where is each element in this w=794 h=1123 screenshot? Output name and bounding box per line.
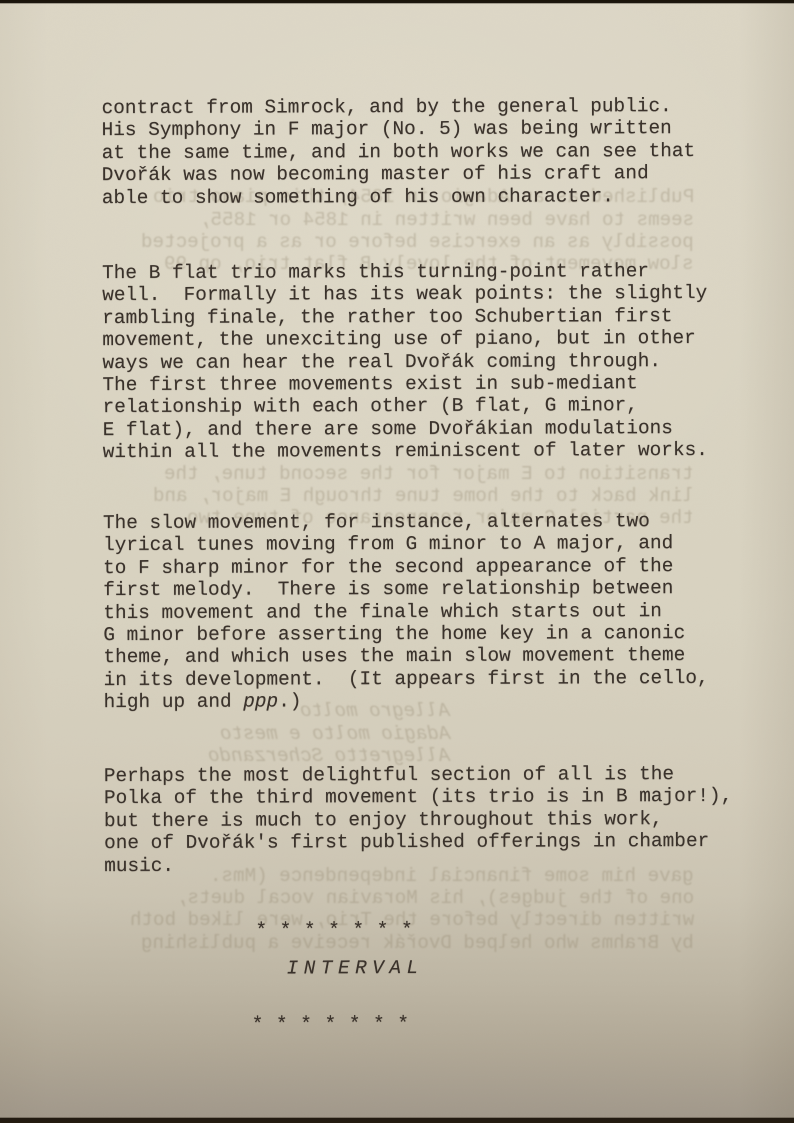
text-line: one of Dvořák's first published offering… <box>104 830 732 855</box>
text-line: in its development. (It appears first in… <box>104 667 709 692</box>
photo-edge-top <box>0 0 794 4</box>
text-line: G minor before asserting the home key in… <box>103 622 708 647</box>
dynamics-marking-ppp: ppp <box>243 691 278 713</box>
text-line: E flat), and there are some Dvořákian mo… <box>103 417 708 442</box>
text-line: at the same time, and in both works we c… <box>102 140 696 164</box>
text-line: well. Formally it has its weak points: t… <box>102 282 707 307</box>
text-line: high up and ppp.) <box>104 689 709 714</box>
text-line: able to show something of his own charac… <box>102 185 696 209</box>
paper-sheet: Published as an Adagio in 1854, this pia… <box>0 3 794 1118</box>
text-line: contract from Simrock, and by the genera… <box>102 95 696 119</box>
text-line: theme, and which uses the main slow move… <box>103 644 708 669</box>
text-line: Dvořák was now becoming master of his cr… <box>102 162 696 186</box>
text-line: within all the movements reminiscent of … <box>103 439 708 464</box>
text-line: ways we can hear the real Dvořák coming … <box>102 350 707 375</box>
text-line: music. <box>104 852 732 877</box>
text-line: His Symphony in F major (No. 5) was bein… <box>102 117 696 141</box>
text-line: lyrical tunes moving from G minor to A m… <box>103 532 708 557</box>
line-text: .) <box>278 691 301 713</box>
text-line: relationship with each other (B flat, G … <box>103 394 708 419</box>
text-line: movement, the unexciting use of piano, b… <box>102 327 707 352</box>
text-line: first melody. There is some relationship… <box>103 577 708 602</box>
text-line: Polka of the third movement (its trio is… <box>104 785 732 810</box>
text-line: The slow movement, for instance, alterna… <box>103 510 708 535</box>
typewritten-text-layer: contract from Simrock, and by the genera… <box>0 2 794 1120</box>
text-line: but there is much to enjoy throughout th… <box>104 808 732 833</box>
text-line: rambling finale, the rather too Schubert… <box>102 305 707 330</box>
text-line: this movement and the finale which start… <box>103 600 708 625</box>
paragraph-b-flat-trio: The B flat trio marks this turning-point… <box>102 260 708 464</box>
photo-of-page: Published as an Adagio in 1854, this pia… <box>0 0 794 1123</box>
text-line: Perhaps the most delightful section of a… <box>104 763 732 788</box>
text-line: to F sharp minor for the second appearan… <box>103 555 708 580</box>
interval-heading: INTERVAL <box>287 957 424 980</box>
text-line: The B flat trio marks this turning-point… <box>102 260 707 285</box>
asterisk-separator-bottom: * * * * * * * <box>252 1013 410 1036</box>
paragraph-slow-movement: The slow movement, for instance, alterna… <box>103 510 709 714</box>
line-text: high up and <box>104 691 244 713</box>
paragraph-simrock-contract: contract from Simrock, and by the genera… <box>102 95 696 209</box>
photo-edge-bottom <box>0 1117 794 1123</box>
text-line: The first three movements exist in sub-m… <box>102 372 707 397</box>
paragraph-polka: Perhaps the most delightful section of a… <box>104 763 733 877</box>
asterisk-separator-top: * * * * * * * <box>255 919 413 942</box>
